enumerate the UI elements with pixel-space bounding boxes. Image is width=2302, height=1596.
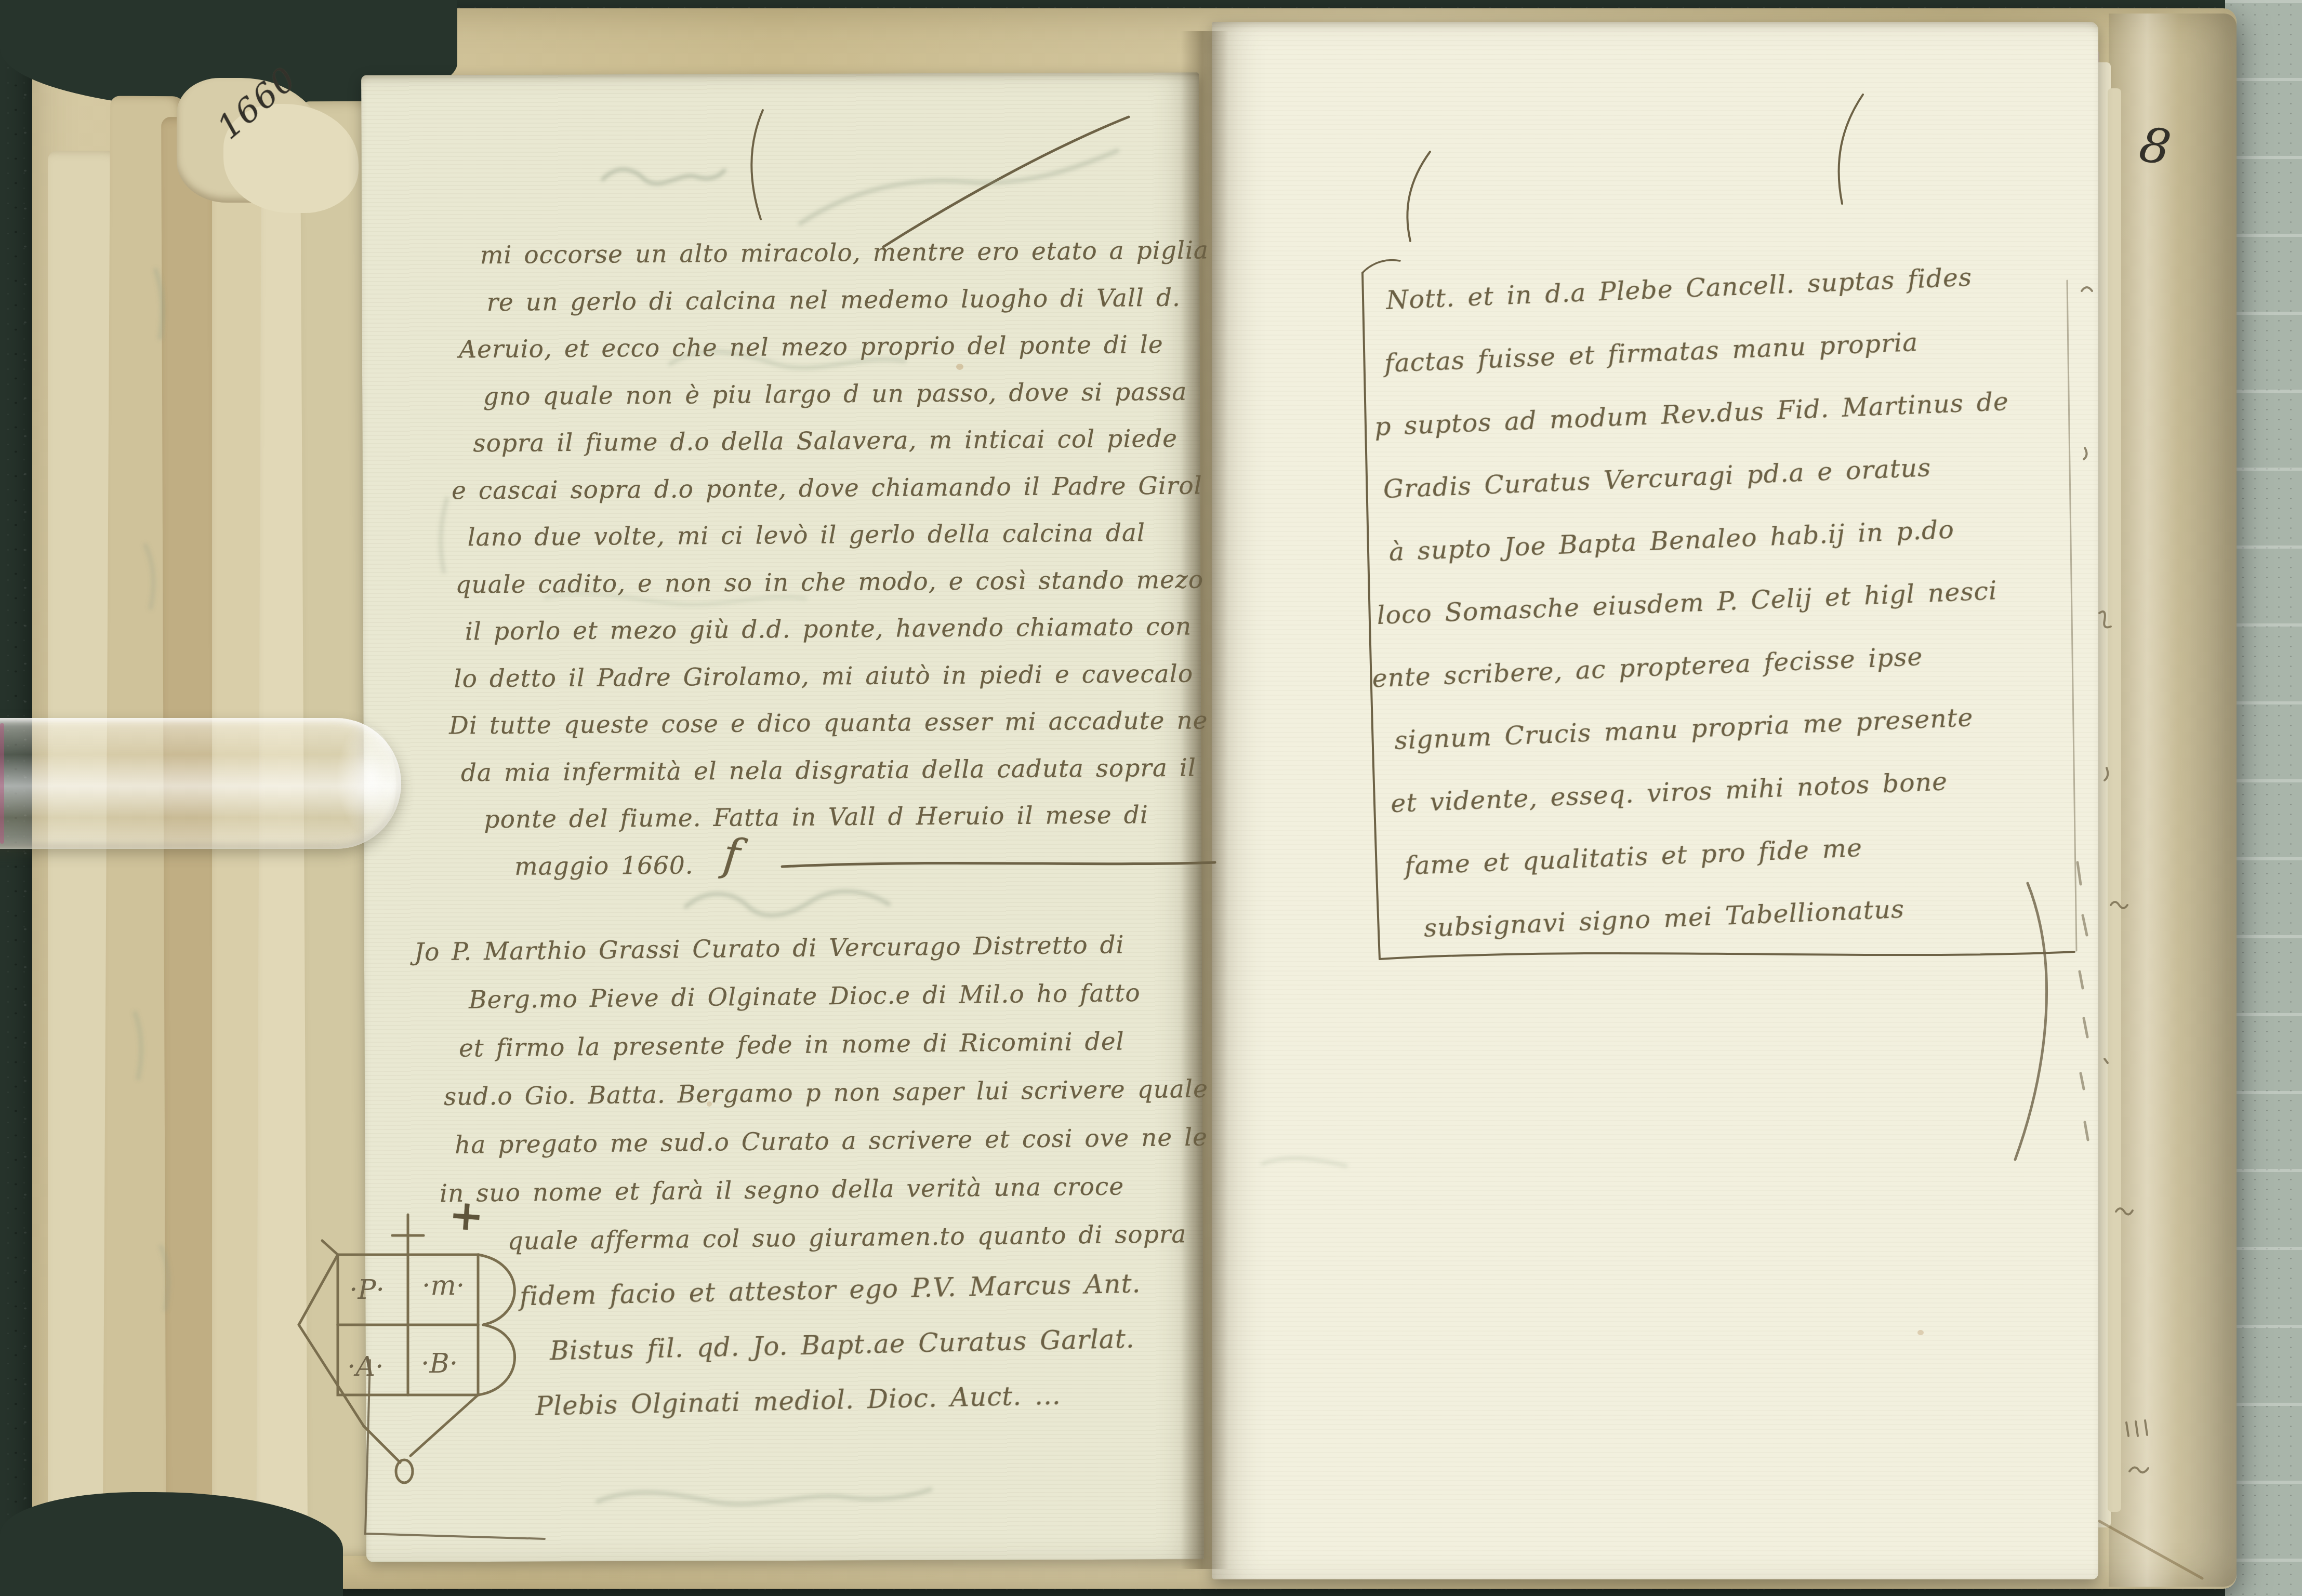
handwritten-line: re un gerlo di calcina nel medemo luogho…: [486, 274, 1250, 326]
scanner-mat-strip: [2225, 0, 2302, 1596]
handwritten-line: et firmo la presente fede in nome di Ric…: [459, 1016, 1238, 1073]
handwritten-line: in suo nome et farà il segno della verit…: [440, 1161, 1239, 1218]
color-calibration-sliver: [0, 723, 4, 844]
left-page-paragraph-2: Jo P. Marthio Grassi Curato di Vercurago…: [446, 920, 1240, 1266]
handwritten-line: e cascai sopra d.o ponte, dove chiamando…: [452, 462, 1251, 514]
handwritten-line: lo detto il Padre Girolamo, mi aiutò in …: [454, 650, 1252, 702]
handwritten-line: Di tutte queste cose e dico quanta esser…: [449, 697, 1253, 750]
archive-scan: { "colors":{ "felt":"#27342c","strip":"#…: [0, 0, 2302, 1596]
fore-edge-page: [2108, 88, 2121, 1512]
handwritten-line: ha pregato me sud.o Curato a scrivere et…: [455, 1113, 1239, 1169]
witness-cross-mark: +: [447, 1190, 485, 1241]
foxing-spot: [1917, 1330, 1924, 1335]
handwritten-line: il porlo et mezo giù d.d. ponte, havendo…: [465, 603, 1252, 656]
handwritten-line: sopra il fiume d.o della Salavera, m int…: [473, 415, 1251, 468]
handwritten-line: ponte del fiume. Fatta in Vall d Heruio …: [484, 791, 1253, 844]
cover-fore-edge-flap: [2109, 14, 2237, 1587]
handwritten-line: Berg.mo Pieve di Olginate Dioc.e di Mil.…: [469, 968, 1237, 1024]
handwritten-line: Aeruio, et ecco che nel mezo proprio del…: [459, 321, 1250, 374]
left-page-paragraph-1: mi occorse un alto miracolo, mentre ero …: [480, 227, 1254, 890]
handwritten-line: lano due volte, mi ci levò il gerlo dell…: [467, 509, 1251, 562]
handwritten-line: da mia infermità el nela disgratia della…: [461, 744, 1253, 796]
glass-weight: [0, 718, 401, 849]
handwritten-line: Jo P. Marthio Grassi Curato di Vercurago…: [414, 920, 1237, 977]
handwritten-line: maggio 1660.: [514, 838, 1254, 890]
left-page-attestation: fidem facio et attestor ego P.V. Marcus …: [519, 1254, 1239, 1434]
handwritten-line: mi occorse un alto miracolo, mentre ero …: [480, 227, 1250, 280]
handwritten-line: sud.o Gio. Batta. Bergamo p non saper lu…: [444, 1065, 1238, 1121]
handwritten-line: quale cadito, e non so in che modo, e co…: [455, 556, 1252, 608]
right-page-notarial-text: Nott. et in d.a Plebe Cancell. suptas fi…: [1385, 241, 2108, 960]
handwritten-line: gno quale non è piu largo d un passo, do…: [483, 368, 1250, 420]
